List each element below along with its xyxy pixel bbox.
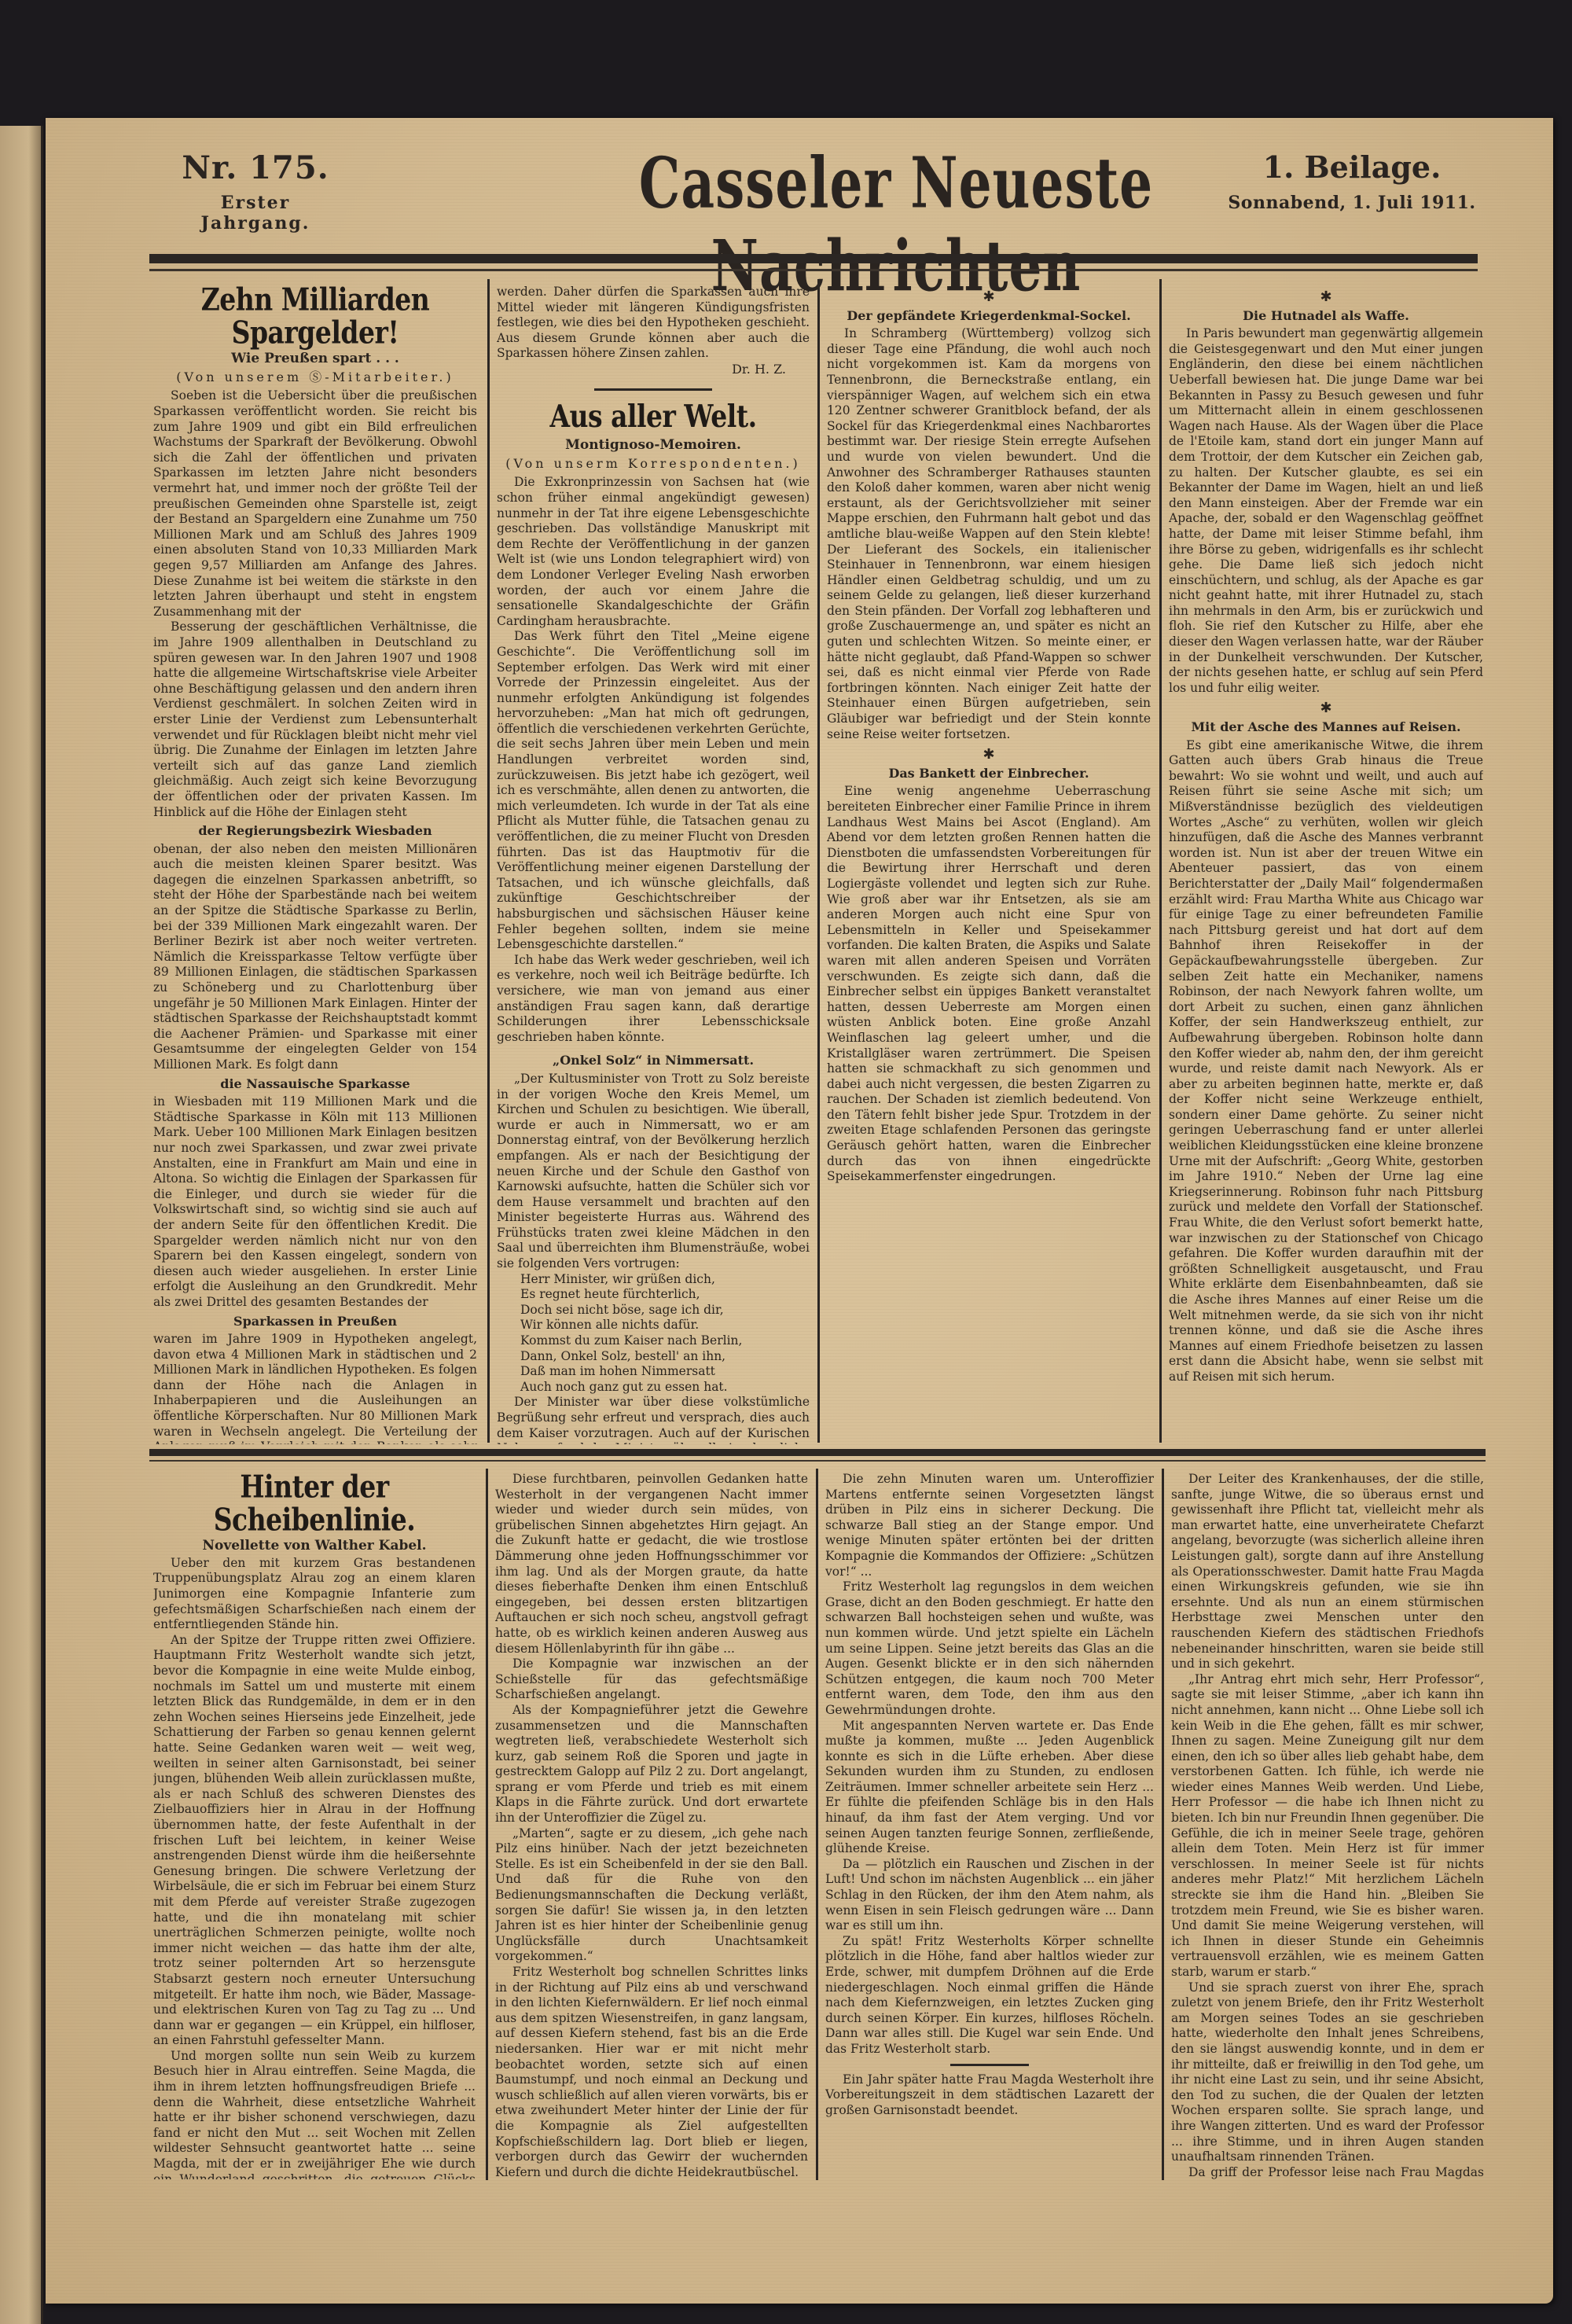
article-subheadline: Wie Preußen spart . . . bbox=[153, 351, 477, 367]
paragraph: obenan, der also neben den meisten Milli… bbox=[153, 842, 477, 1073]
paragraph: werden. Daher dürfen die Sparkassen auch… bbox=[497, 285, 810, 362]
novella-headline: Hinter der Scheibenlinie. bbox=[153, 1472, 476, 1536]
novella-column-2: Diese furchtbaren, peinvollen Gedanken h… bbox=[495, 1472, 808, 2179]
paragraph: Und sie sprach zuerst von ihrer Ehe, spr… bbox=[1171, 1980, 1484, 2165]
volume-label: Erster Jahrgang. bbox=[165, 193, 346, 234]
paragraph: Da — plötzlich ein Rauschen und Zischen … bbox=[825, 1857, 1154, 1934]
paragraph: Besserung der geschäftlichen Verhältniss… bbox=[153, 620, 477, 820]
column-divider bbox=[487, 279, 490, 1443]
column-divider bbox=[816, 1469, 818, 2180]
paragraph: Da griff der Professor leise nach Frau M… bbox=[1171, 2165, 1484, 2179]
column-divider bbox=[486, 1469, 488, 2180]
section-rule-thin bbox=[149, 1460, 1486, 1462]
paragraph: In Schramberg (Württemberg) vollzog sich… bbox=[827, 326, 1151, 742]
column-2: werden. Daher dürfen die Sparkassen auch… bbox=[497, 285, 810, 1444]
paragraph: Mit angespannten Nerven wartete er. Das … bbox=[825, 1719, 1154, 1857]
newspaper-title: Casseler Neueste Nachrichten bbox=[527, 142, 1265, 307]
item-title: „Onkel Solz“ in Nimmersatt. bbox=[497, 1053, 810, 1068]
column-divider bbox=[1162, 1469, 1164, 2180]
verse-line: Dann, Onkel Solz, bestell' an ihn, bbox=[520, 1349, 810, 1365]
paragraph: An der Spitze der Truppe ritten zwei Off… bbox=[153, 1633, 476, 2049]
paragraph: Diese furchtbaren, peinvollen Gedanken h… bbox=[495, 1472, 808, 1657]
asterisk-separator: ✱ bbox=[827, 747, 1151, 763]
paragraph: Ueber den mit kurzem Gras bestandenen Tr… bbox=[153, 1556, 476, 1633]
paragraph: „Marten“, sagte er zu diesem, „ich gehe … bbox=[495, 1826, 808, 1965]
paragraph: Die Kompagnie war inzwischen an der Schi… bbox=[495, 1657, 808, 1703]
edition-block: 1. Beilage. Sonnabend, 1. Juli 1911. bbox=[1226, 149, 1478, 213]
column-4: ✱ Die Hutnadel als Waffe. In Paris bewun… bbox=[1169, 285, 1483, 1444]
issue-number: Nr. 175. bbox=[165, 149, 346, 186]
paragraph: Fritz Westerholt lag regungslos in dem w… bbox=[825, 1579, 1154, 1718]
verse-line: Wir können alle nichts dafür. bbox=[520, 1318, 810, 1333]
item-title: Die Hutnadel als Waffe. bbox=[1169, 308, 1483, 324]
item-title: Montignoso-Memoiren. bbox=[497, 438, 810, 454]
paragraph: „Der Kultusminister von Trott zu Solz be… bbox=[497, 1072, 810, 1272]
novella-column-1: Hinter der Scheibenlinie. Novellette von… bbox=[153, 1472, 476, 2179]
paragraph: in Wiesbaden mit 119 Millionen Mark und … bbox=[153, 1094, 477, 1310]
paragraph: Fritz Westerholt bog schnellen Schrittes… bbox=[495, 1965, 808, 2179]
paragraph: Ein Jahr später hatte Frau Magda Westerh… bbox=[825, 2072, 1154, 2119]
article-headline: Zehn Milliarden Spargelder! bbox=[153, 285, 477, 349]
section-heading: Sparkassen in Preußen bbox=[153, 1314, 477, 1329]
novella-author: Novellette von Walther Kabel. bbox=[153, 1539, 476, 1554]
item-title: Mit der Asche des Mannes auf Reisen. bbox=[1169, 719, 1483, 735]
article-separator bbox=[594, 388, 712, 391]
asterisk-separator: ✱ bbox=[827, 289, 1151, 305]
paragraph: In Paris bewundert man gegenwärtig allge… bbox=[1169, 326, 1483, 696]
issue-block: Nr. 175. Erster Jahrgang. bbox=[165, 149, 346, 234]
verse-line: Herr Minister, wir grüßen dich, bbox=[520, 1272, 810, 1288]
novella-column-3: Die zehn Minuten waren um. Unteroffizier… bbox=[825, 1472, 1154, 2179]
masthead-rule-thin bbox=[149, 269, 1478, 271]
item-title: Der gepfändete Kriegerdenkmal-Sockel. bbox=[827, 308, 1151, 324]
supplement-label: 1. Beilage. bbox=[1226, 149, 1478, 185]
paragraph: Die zehn Minuten waren um. Unteroffizier… bbox=[825, 1472, 1154, 1579]
issue-date: Sonnabend, 1. Juli 1911. bbox=[1226, 193, 1478, 213]
verse-line: Es regnet heute fürchterlich, bbox=[520, 1287, 810, 1303]
paragraph: Die Exkronprinzessin von Sachsen hat (wi… bbox=[497, 475, 810, 629]
column-divider bbox=[817, 279, 820, 1443]
verse-line: Kommst du zum Kaiser nach Berlin, bbox=[520, 1333, 810, 1349]
paragraph: waren im Jahre 1909 in Hypotheken angele… bbox=[153, 1332, 477, 1444]
article-savings: Zehn Milliarden Spargelder! Wie Preußen … bbox=[153, 285, 477, 1444]
section-heading: der Regierungsbezirk Wiesbaden bbox=[153, 823, 477, 839]
paragraph: Zu spät! Fritz Westerholts Körper schnel… bbox=[825, 1934, 1154, 2057]
paragraph: Das Werk führt den Titel „Meine eigene G… bbox=[497, 629, 810, 952]
masthead-rule-thick bbox=[149, 254, 1478, 263]
paragraph: Ich habe das Werk weder geschrieben, wei… bbox=[497, 953, 810, 1046]
masthead: Nr. 175. Erster Jahrgang. Casseler Neues… bbox=[149, 134, 1486, 228]
section-heading: die Nassauische Sparkasse bbox=[153, 1076, 477, 1092]
verse-line: Doch sei nicht böse, sage ich dir, bbox=[520, 1303, 810, 1318]
paragraph: „Ihr Antrag ehrt mich sehr, Herr Profess… bbox=[1171, 1672, 1484, 1980]
item-byline: (Von unserm Korrespondenten.) bbox=[497, 456, 810, 472]
section-headline: Aus aller Welt. bbox=[497, 400, 810, 433]
verse-block: Herr Minister, wir grüßen dich, Es regne… bbox=[497, 1272, 810, 1396]
paragraph: Eine wenig angenehme Ueberraschung berei… bbox=[827, 784, 1151, 1184]
paragraph: Der Leiter des Krankenhauses, der die st… bbox=[1171, 1472, 1484, 1672]
paragraph: Und morgen sollte nun sein Weib zu kurze… bbox=[153, 2049, 476, 2179]
section-rule-thick bbox=[149, 1449, 1486, 1456]
asterisk-separator: ✱ bbox=[1169, 701, 1483, 716]
adjacent-page-edge bbox=[0, 126, 43, 2324]
article-byline: (Von unserem Ⓢ-Mitarbeiter.) bbox=[153, 370, 477, 385]
column-divider bbox=[1159, 279, 1162, 1443]
item-title: Das Bankett der Einbrecher. bbox=[827, 766, 1151, 781]
paragraph: Es gibt eine amerikanische Witwe, die ih… bbox=[1169, 738, 1483, 1385]
paragraph: Soeben ist die Uebersicht über die preuß… bbox=[153, 388, 477, 620]
paragraph: Als der Kompagnieführer jetzt die Gewehr… bbox=[495, 1703, 808, 1826]
verse-line: Auch noch ganz gut zu essen hat. bbox=[520, 1380, 810, 1396]
novella-column-4: Der Leiter des Krankenhauses, der die st… bbox=[1171, 1472, 1484, 2179]
author-signature: Dr. H. Z. bbox=[497, 362, 810, 377]
paragraph: Der Minister war über diese volkstümlich… bbox=[497, 1395, 810, 1444]
asterisk-separator: ✱ bbox=[1169, 289, 1483, 305]
column-3: ✱ Der gepfändete Kriegerdenkmal-Sockel. … bbox=[827, 285, 1151, 1444]
scene-separator bbox=[950, 2064, 1029, 2066]
verse-line: Daß man im hohen Nimmersatt bbox=[520, 1364, 810, 1380]
